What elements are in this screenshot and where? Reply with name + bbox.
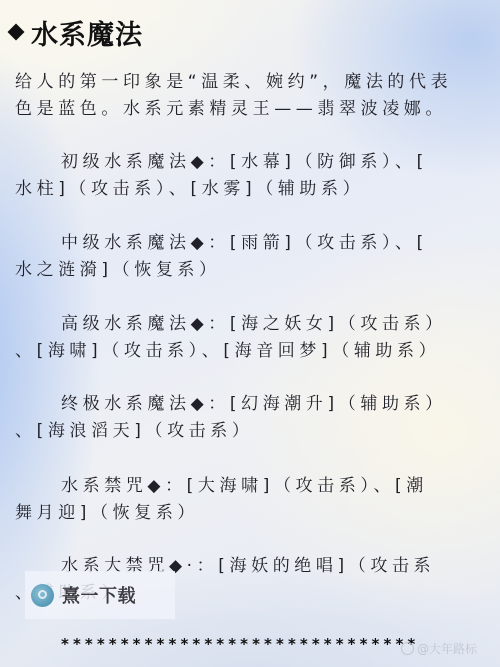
section-line: 水之涟漪]（恢复系） — [15, 257, 490, 284]
watermark-text: @大年路标 — [417, 640, 477, 657]
section-line: 初级水系魔法◆：[水幕]（防御系）、[ — [15, 149, 490, 176]
section-ultimate: 终极水系魔法◆：[幻海潮升]（辅助系） 、[海浪滔天]（攻击系） — [15, 391, 490, 445]
section-line: 舞月迎]（恢复系） — [15, 500, 490, 527]
author-watermark: @大年路标 — [401, 640, 477, 657]
section-line: 水柱]（攻击系）、[水雾]（辅助系） — [15, 176, 490, 203]
section-advanced: 高级水系魔法◆：[海之妖女]（攻击系） 、[海啸]（攻击系）、[海音回梦]（辅助… — [15, 311, 490, 365]
diamond-icon — [8, 24, 25, 41]
section-intermediate: 中级水系魔法◆：[雨箭]（攻击系）、[ 水之涟漪]（恢复系） — [15, 230, 490, 284]
intro-line: 色是蓝色。水系元素精灵王——翡翠波凌娜。 — [15, 96, 490, 123]
section-heading: 水系魔法 — [6, 12, 143, 52]
asterisk-separator: ****************************** — [61, 635, 419, 653]
section-line: 中级水系魔法◆：[雨箭]（攻击系）、[ — [15, 230, 490, 257]
section-line: 终极水系魔法◆：[幻海潮升]（辅助系） — [15, 391, 490, 418]
section-line: 、[海浪滔天]（攻击系） — [15, 418, 490, 445]
download-badge-overlay[interactable]: 熹一下载 — [25, 571, 175, 619]
download-app-logo-icon — [31, 584, 54, 607]
section-beginner: 初级水系魔法◆：[水幕]（防御系）、[ 水柱]（攻击系）、[水雾]（辅助系） — [15, 149, 490, 203]
download-badge-label: 熹一下载 — [62, 582, 136, 608]
article: 水系魔法 给人的第一印象是“温柔、婉约”，魔法的代表 色是蓝色。水系元素精灵王—… — [0, 0, 500, 667]
section-line: 水系禁咒◆：[大海啸]（攻击系）、[潮 — [15, 473, 490, 500]
section-line: 高级水系魔法◆：[海之妖女]（攻击系） — [15, 311, 490, 338]
section-forbidden: 水系禁咒◆：[大海啸]（攻击系）、[潮 舞月迎]（恢复系） — [15, 473, 490, 527]
intro-line: 给人的第一印象是“温柔、婉约”，魔法的代表 — [15, 69, 490, 96]
weibo-logo-icon — [401, 642, 414, 655]
heading-text: 水系魔法 — [31, 13, 143, 52]
intro-paragraph: 给人的第一印象是“温柔、婉约”，魔法的代表 色是蓝色。水系元素精灵王——翡翠波凌… — [15, 69, 490, 123]
section-line: 、[海啸]（攻击系）、[海音回梦]（辅助系） — [15, 338, 490, 365]
